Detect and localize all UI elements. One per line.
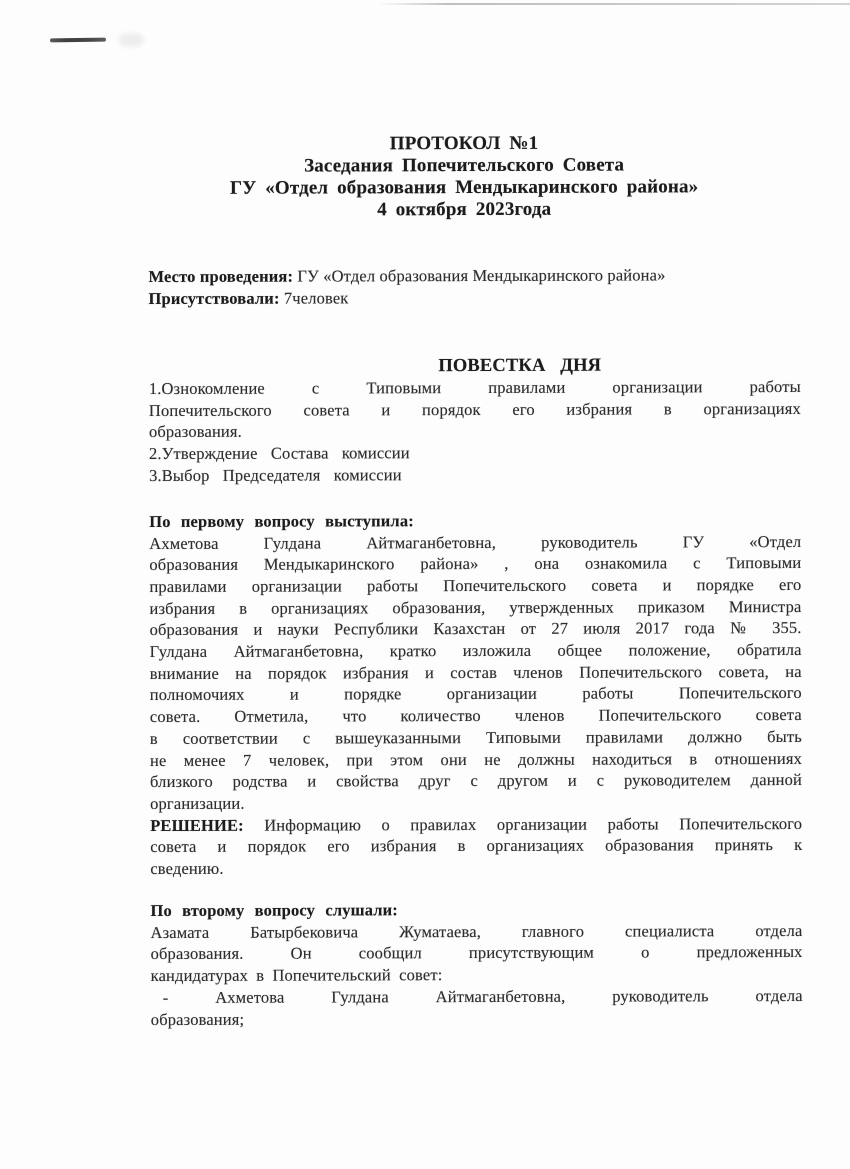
decision-line: сведению. [150,856,802,880]
section1-heading: По первому вопросу выступила: [149,508,801,532]
title-organization: ГУ «Отдел образования Мендыкаринского ра… [148,176,780,200]
agenda-item-1-line: 1.Ознокомление с Типовыми правилами орга… [149,376,801,400]
title-meeting-name: Заседания Попечительского Совета [148,154,780,178]
paragraph-line: организации. [150,791,802,815]
protocol-document: ПРОТОКОЛ №1 Заседания Попечительского Со… [148,132,803,1030]
location-value: ГУ «Отдел образования Мендыкаринского ра… [293,265,665,285]
paragraph-line: Ахметова Гулдана Айтмаганбетовна, руково… [149,530,801,554]
paragraph-line: совета. Отметила, что количество членов … [150,704,802,728]
scan-smudge [118,33,144,47]
title-protocol-number: ПРОТОКОЛ №1 [148,132,780,156]
paragraph-line: внимание на порядок избрания и состав чл… [150,661,802,685]
decision-line: РЕШЕНИЕ: Информацию о правилах организац… [150,813,802,837]
agenda-item-3: 3.Выбор Председателя комиссии [149,463,801,487]
scanned-document-page: ПРОТОКОЛ №1 Заседания Попечительского Со… [0,0,850,1169]
location-label: Место проведения: [148,267,293,286]
candidate-line: образования; [151,1007,803,1031]
pen-dash-mark [50,38,106,43]
agenda-list: 1.Ознокомление с Типовыми правилами орга… [149,376,801,487]
decision-text: Информацию о правилах организации работы… [244,814,802,835]
decision-line: совета и порядок его избрания в организа… [150,834,802,858]
candidate-line: - Ахметова Гулдана Айтмаганбетовна, руко… [151,985,803,1009]
agenda-item-1-line: Попечительского совета и порядок его изб… [149,398,801,422]
paragraph-line: в соответствии с вышеуказанными Типовыми… [150,726,802,750]
section1-paragraph: Ахметова Гулдана Айтмаганбетовна, руково… [149,530,802,879]
attendees-value: 7человек [280,288,349,307]
section2-paragraph: Азамата Батырбековича Жуматаева, главног… [150,920,802,1031]
paragraph-line: близкого родства и свойства друг с друго… [150,769,802,793]
section2-heading: По второму вопросу слушали: [150,898,802,922]
agenda-heading: ПОВЕСТКА ДНЯ [239,354,801,378]
meta-block: Место проведения: ГУ «Отдел образования … [148,264,800,310]
agenda-item-1-line: образования. [149,419,801,443]
attendees-label: Присутствовали: [148,289,279,308]
paragraph-line: правилами организации работы Попечительс… [149,574,801,598]
agenda-item-2: 2.Утверждение Состава комиссии [149,441,801,465]
scanner-edge-artifact [378,3,850,5]
paragraph-line: образования и науки Республики Казахстан… [150,617,802,641]
paragraph-line: кандидатурах в Попечительский совет: [151,963,803,987]
paragraph-line: Гулдана Айтмаганбетовна, кратко изложила… [150,639,802,663]
paragraph-line: не менее 7 человек, при этом они не долж… [150,748,802,772]
paragraph-line: образования. Он сообщил присутствующим о… [151,941,803,965]
paragraph-line: Азамата Батырбековича Жуматаева, главног… [150,920,802,944]
meta-attendees-line: Присутствовали: 7человек [148,286,800,310]
paragraph-line: образования Мендыкаринского района» , он… [149,552,801,576]
paragraph-line: избрания в организациях образования, утв… [149,596,801,620]
meta-location-line: Место проведения: ГУ «Отдел образования … [148,264,800,288]
paragraph-line: полномочиях и порядке организации работы… [150,682,802,706]
title-date: 4 октября 2023года [148,198,780,222]
document-title-block: ПРОТОКОЛ №1 Заседания Попечительского Со… [148,132,780,222]
decision-label: РЕШЕНИЕ: [150,815,244,834]
